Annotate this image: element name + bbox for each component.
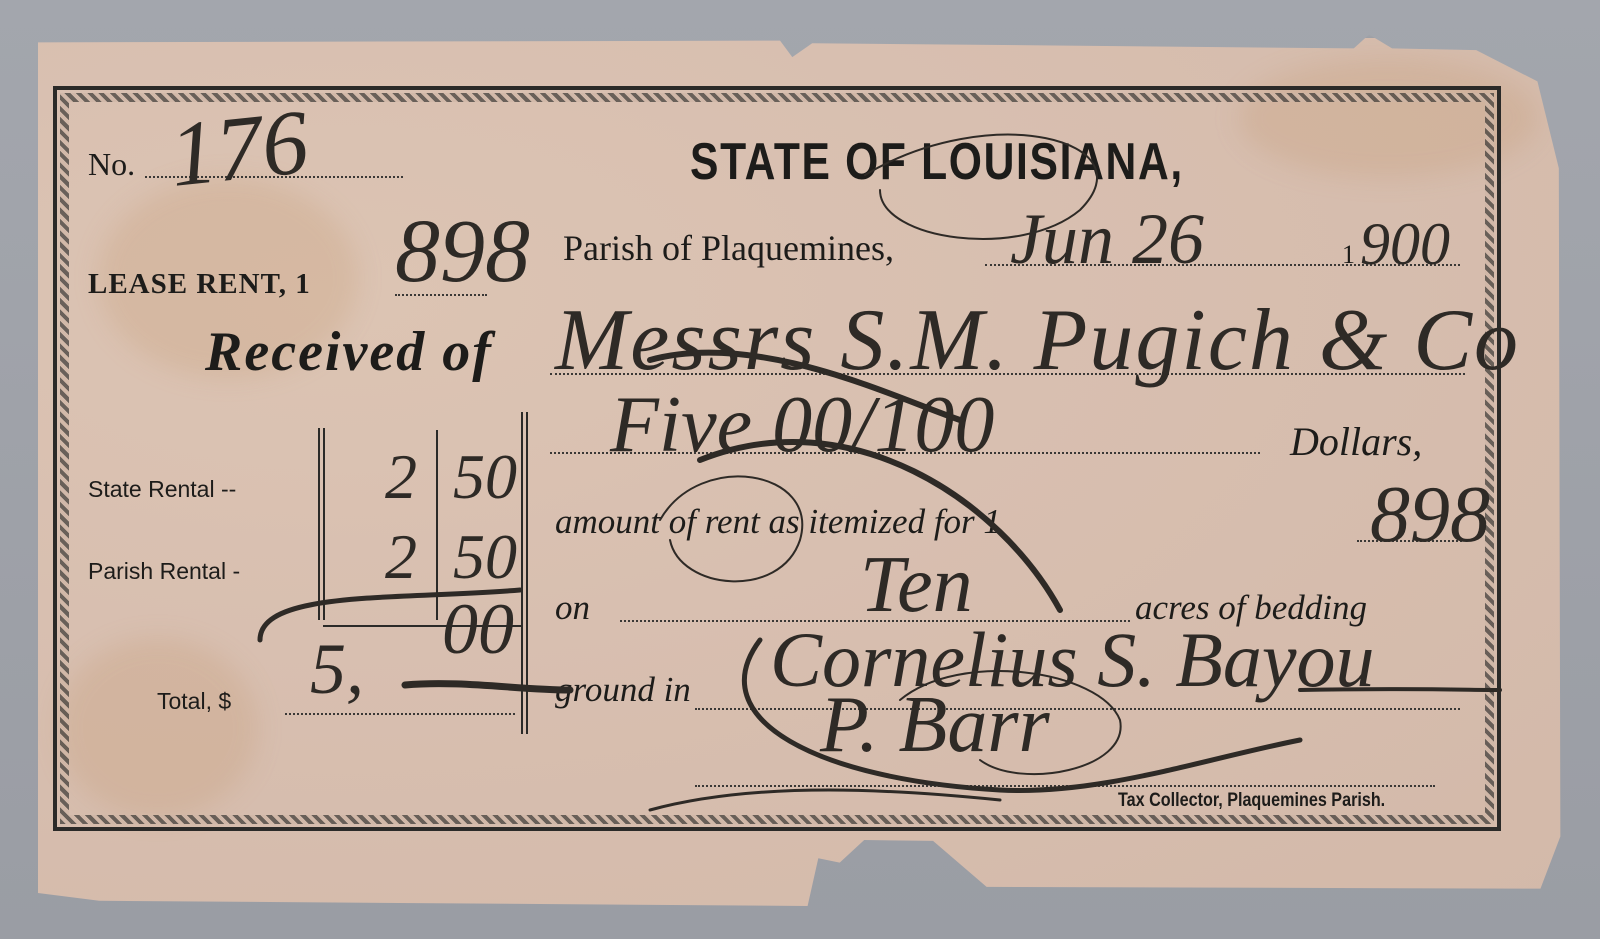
location-line	[695, 708, 1460, 710]
ledger-rule	[318, 428, 320, 620]
total-cents: 00	[442, 589, 514, 669]
total-dollars: 5,	[310, 629, 364, 709]
year-prefix: 1	[1342, 240, 1355, 270]
total-label: Total, $	[157, 688, 231, 715]
tax-collector-title: Tax Collector, Plaquemines Parish.	[1118, 790, 1385, 812]
handwritten-itemization-year: 898	[1370, 470, 1490, 561]
lease-rent-label: LEASE RENT, 1	[88, 268, 311, 301]
state-rental-cents: 50	[453, 441, 517, 512]
ground-label: ground in	[555, 670, 691, 710]
on-label: on	[555, 588, 590, 628]
handwritten-date: Jun 26	[1010, 198, 1204, 281]
document-title: STATE OF LOUISIANA,	[690, 132, 1184, 192]
parish-rental-dollars: 2	[385, 521, 417, 592]
handwritten-parish-rental: 2 50	[345, 520, 517, 594]
parish-label: Parish of Plaquemines,	[563, 227, 894, 269]
ledger-rule	[323, 428, 325, 620]
handwritten-payer: Messrs S.M. Pugich & Co	[555, 290, 1520, 391]
handwritten-total: 5, 00	[310, 628, 514, 711]
ledger-rule	[526, 412, 528, 734]
itemization-text: amount of rent as itemized for 1	[555, 502, 1001, 542]
parish-rental-cents: 50	[453, 521, 517, 592]
handwritten-receipt-number: 176	[165, 88, 313, 208]
handwritten-amount: Five 00/100	[610, 380, 994, 471]
handwritten-signature: P. Barr	[820, 680, 1050, 771]
dollars-label: Dollars,	[1290, 418, 1422, 465]
handwritten-state-rental: 2 50	[385, 440, 517, 514]
received-of-label: Received of	[205, 320, 493, 384]
signature-line	[695, 785, 1435, 787]
parish-rental-label: Parish Rental -	[88, 558, 240, 585]
total-line	[285, 713, 515, 715]
ledger-rule	[521, 412, 523, 734]
state-rental-label: State Rental --	[88, 476, 236, 503]
handwritten-lease-year: 898	[395, 200, 530, 303]
handwritten-year: 900	[1360, 210, 1450, 279]
receipt-number-label: No.	[88, 146, 135, 183]
state-rental-dollars: 2	[385, 441, 417, 512]
